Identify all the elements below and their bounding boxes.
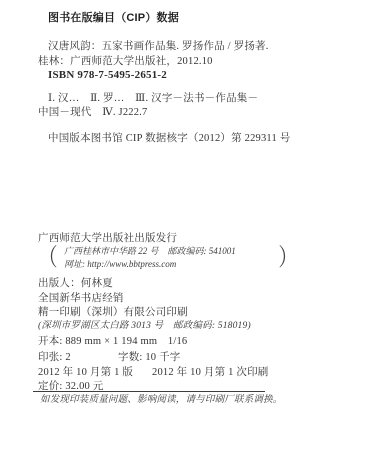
publisher-address-block: （ 广西桂林市中华路 22 号 邮政编码: 541001 网址: http://… (36, 245, 300, 271)
cip-classification-line1: Ⅰ. 汉… Ⅱ. 罗… Ⅲ. 汉字－法书－作品集－ (48, 92, 258, 105)
printing-statement: 2012 年 10 月第 1 次印刷 (152, 366, 268, 379)
cip-publication-statement: 桂林：广西师范大学出版社，2012.10 (38, 55, 213, 68)
printer-address-line: (深圳市罗湖区太白路 3013 号 邮政编码: 518019) (38, 320, 251, 333)
sheets-value: 印张: 2 (38, 351, 71, 364)
word-count-value: 字数: 10 千字 (118, 351, 180, 364)
publisher-person-line: 出版人：何林夏 (38, 277, 113, 290)
distribution-line: 全国新华书店经销 (38, 292, 124, 305)
cip-header: 图书在版编目（CIP）数据 (48, 12, 179, 25)
isbn-number: ISBN 978-7-5495-2651-2 (48, 69, 167, 82)
publisher-address: 广西桂林市中华路 22 号 邮政编码: 541001 (64, 246, 236, 257)
left-paren-glyph: （ (38, 245, 57, 271)
publisher-website: 网址: http://www.bbtpress.com (64, 259, 236, 270)
cip-title-statement: 汉唐风韵：五家书画作品集. 罗扬作品 / 罗扬著. (48, 40, 269, 53)
divider-rule (33, 391, 265, 392)
quality-notice: 如发现印装质量问题、影响阅读，请与印刷厂联系调换。 (40, 394, 283, 407)
format-line: 开本: 889 mm × 1 194 mm 1/16 (38, 335, 187, 348)
publisher-line: 广西师范大学出版社出版发行 (38, 232, 177, 245)
printer-line: 精一印刷（深圳）有限公司印刷 (38, 306, 188, 319)
copyright-page: 图书在版编目（CIP）数据 汉唐风韵：五家书画作品集. 罗扬作品 / 罗扬著. … (0, 0, 375, 450)
right-paren-glyph: ） (278, 245, 297, 271)
cip-record-number: 中国版本图书馆 CIP 数据核字（2012）第 229311 号 (48, 132, 290, 145)
edition-statement: 2012 年 10 月第 1 版 (38, 366, 133, 379)
cip-classification-line2: 中国－现代 Ⅳ. J222.7 (38, 106, 147, 119)
